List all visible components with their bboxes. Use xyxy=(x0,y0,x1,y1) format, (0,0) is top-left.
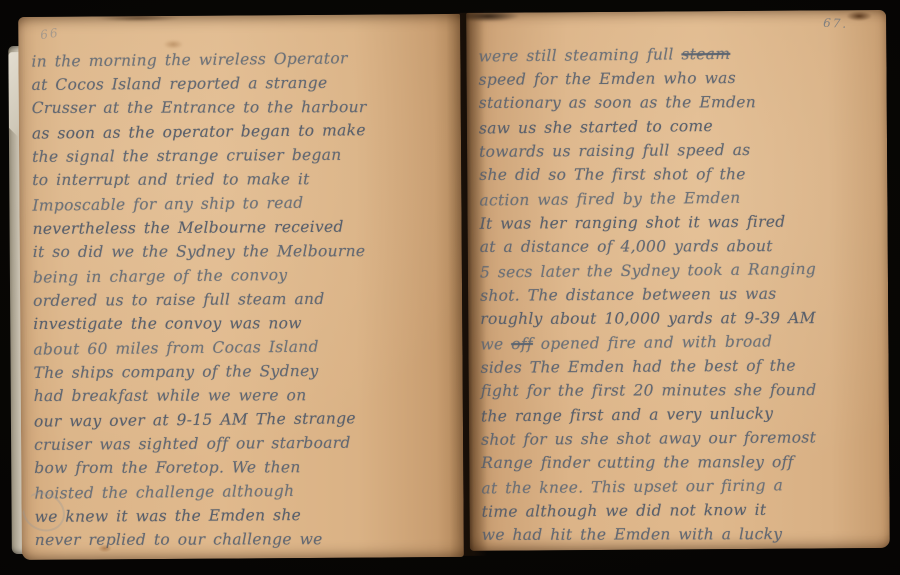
handwritten-line: at a distance of 4,000 yards about xyxy=(480,234,884,259)
handwritten-line: bow from the Foretop. We then xyxy=(34,455,458,480)
handwritten-line: fight for the first 20 minutes she found xyxy=(481,378,885,403)
handwritten-line: Crusser at the Entrance to the harbour xyxy=(32,95,456,120)
handwritten-line: cruiser was sighted off our starboard xyxy=(34,430,458,457)
handwritten-line: at the knee. This upset our firing a xyxy=(481,472,885,500)
page-number-left: 66 xyxy=(39,26,60,41)
handwritten-line: stationary as soon as the Emden xyxy=(479,90,883,115)
top-edge-smudge xyxy=(96,15,182,22)
handwritten-line: shot for us she shot away our foremost xyxy=(481,425,885,452)
handwritten-line: The ships company of the Sydney xyxy=(34,358,458,385)
handwritten-line: sides The Emden had the best of the xyxy=(480,353,884,380)
handwritten-line: as soon as the operator began to make xyxy=(32,117,456,145)
handwritten-line: time although we did not know it xyxy=(482,497,886,524)
handwritten-line: were still steaming full steam xyxy=(478,40,882,68)
handwritten-line: we off opened fire and with broad xyxy=(480,328,884,356)
handwritten-line: saw us she started to come xyxy=(479,112,883,140)
handwritten-line: had breakfast while we were on xyxy=(34,383,458,408)
photo-background: 66 in the morning the wireless Operatora… xyxy=(0,0,900,575)
handwritten-line: we knew it was the Emden she xyxy=(35,502,459,529)
page-number-right: 67. xyxy=(823,17,849,30)
handwritten-line: we had hit the Emden with a lucky xyxy=(482,522,886,547)
right-page-text: were still steaming full steamspeed for … xyxy=(478,41,886,548)
handwritten-line: action was fired by the Emden xyxy=(479,184,883,212)
struck-word: steam xyxy=(681,45,730,64)
handwritten-line: being in charge of the convoy xyxy=(33,261,457,289)
handwritten-line: roughly about 10,000 yards at 9-39 AM xyxy=(480,306,884,331)
handwritten-line: shot. The distance between us was xyxy=(480,281,884,308)
handwritten-line: ordered us to raise full steam and xyxy=(33,286,457,313)
handwritten-line: about 60 miles from Cocas Island xyxy=(33,333,457,361)
diary-book: 66 in the morning the wireless Operatora… xyxy=(8,10,890,560)
handwritten-line: in the morning the wireless Operator xyxy=(31,45,455,73)
handwritten-line: our way over at 9-15 AM The strange xyxy=(34,405,458,433)
handwritten-line: speed for the Emden who was xyxy=(478,65,882,92)
handwritten-line: at Cocos Island reported a strange xyxy=(32,70,456,97)
paper-stain xyxy=(846,11,872,21)
handwritten-line: she did so The first shot of the xyxy=(479,162,883,187)
handwritten-line: to interrupt and tried to make it xyxy=(32,167,456,192)
handwritten-line: it so did we the Sydney the Melbourne xyxy=(33,239,457,264)
left-page-text: in the morning the wireless Operatorat C… xyxy=(31,46,459,553)
handwritten-line: the signal the strange cruiser began xyxy=(32,142,456,169)
handwritten-line: hoisted the challenge although xyxy=(34,477,458,505)
struck-word: off xyxy=(511,335,533,353)
handwritten-line: towards us raising full speed as xyxy=(479,137,883,164)
handwritten-line: Range finder cutting the mansley off xyxy=(481,450,885,475)
handwritten-line: Imposcable for any ship to read xyxy=(32,189,456,217)
handwritten-line: never replied to our challenge we xyxy=(35,527,459,552)
diary-right-page: 67. were still steaming full steamspeed … xyxy=(466,10,890,551)
diary-left-page: 66 in the morning the wireless Operatora… xyxy=(18,14,464,560)
handwritten-line: investigate the convoy was now xyxy=(33,311,457,336)
handwritten-line: the range first and a very unlucky xyxy=(481,400,885,428)
handwritten-line: nevertheless the Melbourne received xyxy=(33,214,457,241)
handwritten-line: 5 secs later the Sydney took a Ranging xyxy=(480,256,884,284)
handwritten-line: It was her ranging shot it was fired xyxy=(479,209,883,236)
